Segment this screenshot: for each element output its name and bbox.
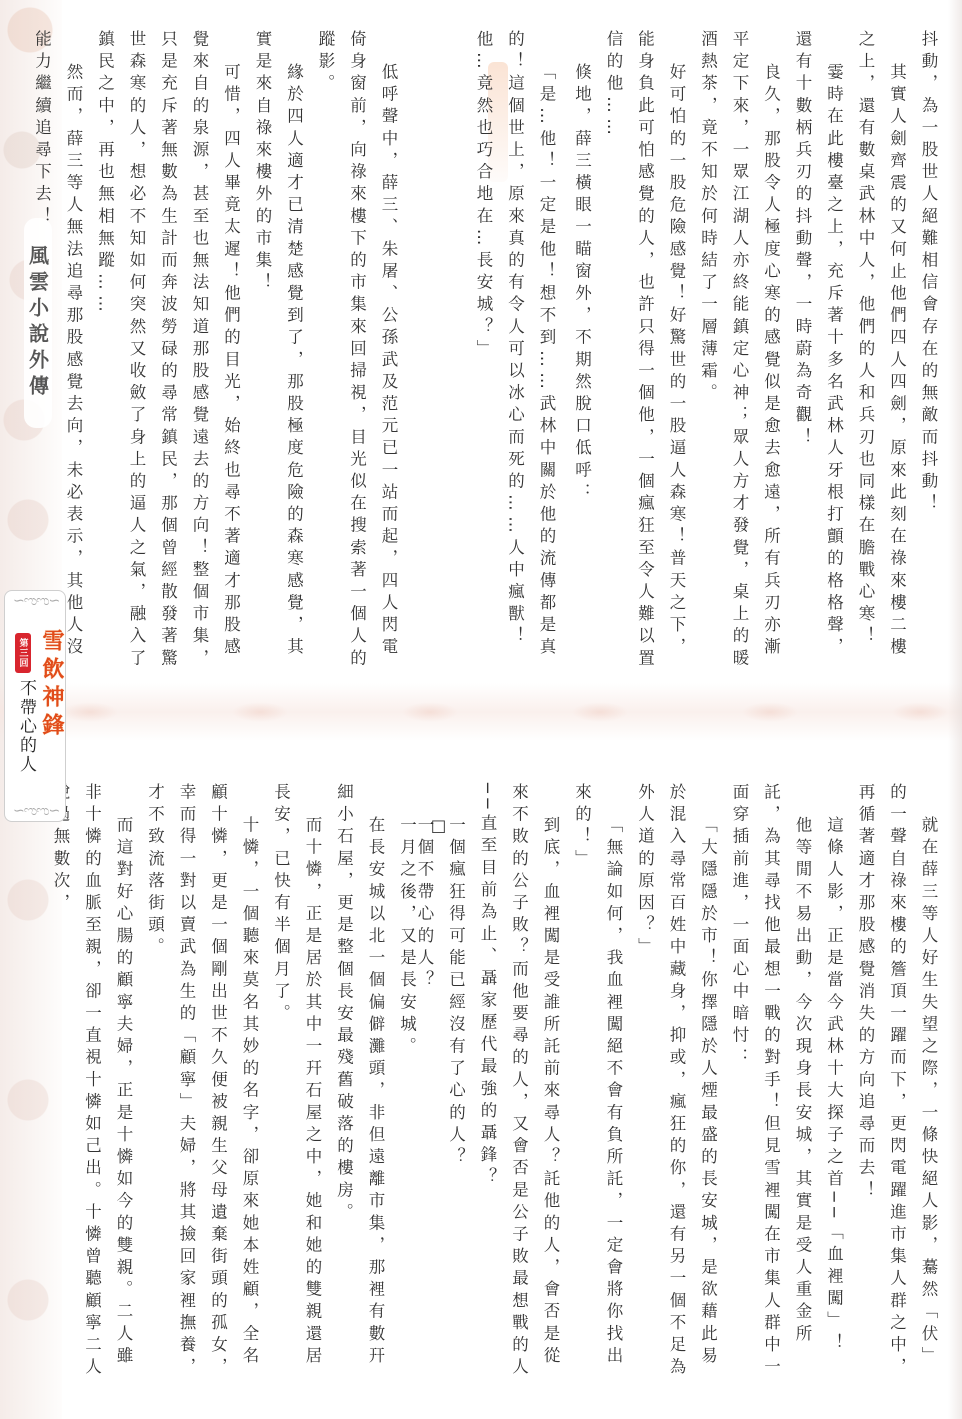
- paragraph: 他等閒不易出動，今次現身長安城，其實是受人重金所託，為其尋找他最想一戰的對手！但…: [724, 783, 819, 1383]
- section-marker: □: [423, 783, 455, 1383]
- paragraph: 好可怕的一股危險感覺！好驚世的一股逼人森寒！普天之下，能身負此可怕感覺的人，也許…: [598, 30, 693, 680]
- series-side-title: 風雲小說外傳: [24, 218, 52, 428]
- paragraph: 而十憐，正是居於其中一幵石屋之中，她和她的雙親還居長安，已快有半個月了。: [265, 783, 328, 1383]
- paragraph: 一月之後，又是長安城。: [391, 783, 423, 1383]
- lower-text-left: □ 一月之後，又是長安城。 在長安城以北一個偏僻灘頭，非但遠離市集，那裡有數幵細…: [64, 783, 454, 1383]
- paragraph: 在長安城以北一個偏僻灘頭，非但遠離市集，那裡有數幵細小石屋，更是整個長安最殘舊破…: [328, 783, 391, 1383]
- paragraph: 「是…他！一定是他！想不到……武林中關於他的流傳都是真的！這個世上，原來真的有令…: [468, 30, 563, 680]
- paragraph: 就在薛三等人好生失望之際，一條快絕人影，驀然「伏」的一聲自祿來樓的簷頂一躍而下，…: [850, 783, 945, 1383]
- ornament-bottom-icon: ∽ಌಌ∽: [13, 801, 57, 821]
- paragraph: 「大隱隱於市！你擇隱於人煙最盛的長安城，是欲藉此易於混入尋常百姓中藏身，抑或，瘋…: [629, 783, 724, 1383]
- middle-ornament-band: [0, 683, 962, 741]
- paragraph: 可惜，四人畢竟太遲！他們的目光，始終也尋不著適才那股感覺來自的泉源，甚至也無法知…: [89, 30, 247, 680]
- paragraph: 良久，那股令人極度心寒的感覺似是愈去愈遠，所有兵刃亦漸平定下來，一眾江湖人亦終能…: [692, 30, 787, 680]
- upper-text-right: 抖動，為一股世人絕難相信會存在的無敵而抖動！ 其實人劍齊震的又何止他們四人四劍，…: [582, 30, 944, 680]
- book-title: 雪飲神鋒: [37, 629, 68, 741]
- chapter-number-tag: 第三回: [15, 633, 31, 673]
- paragraph: 緣於四人適才已清楚感覺到了，那股極度危險的森寒感覺，其實是來自祿來樓外的市集！: [247, 30, 310, 680]
- ornament-top-icon: ∽ಌಌ∽: [13, 591, 57, 611]
- paragraph: 這條人影，正是當今武林十大探子之首──「血裡闖」！: [818, 783, 850, 1383]
- right-edge-shadow: [948, 0, 962, 1419]
- upper-text-left: 低呼聲中，薛三、朱屠、公孫武及范元已一站而起，四人閃電倚身窗前，向祿來樓下的市集…: [64, 30, 404, 680]
- paragraph: 倏地，薛三橫眼一瞄窗外，不期然脫口低呼：: [566, 30, 598, 680]
- chapter-name: 不帶心的人: [14, 679, 39, 774]
- paragraph: 到底，血裡闖是受誰所託前來尋人？託他的人，會否是從來不敗的公子敗？而他要尋的人，…: [472, 783, 567, 1383]
- paragraph: 其實人劍齊震的又何止他們四人四劍，原來此刻在祿來樓二樓之上，還有數桌武林中人，他…: [850, 30, 913, 680]
- paragraph: 霎時在此樓臺之上，充斥著十多名武林人牙根打顫的格格聲，還有十數柄兵刃的抖動聲，一…: [787, 30, 850, 680]
- paragraph: 低呼聲中，薛三、朱屠、公孫武及范元已一站而起，四人閃電倚身窗前，向祿來樓下的市集…: [310, 30, 405, 680]
- paragraph: 十憐，一個聽來莫名其妙的名字，卻原來她本姓顧，全名顧十憐，更是一個剛出世不久便被…: [139, 783, 265, 1383]
- paragraph: 「無論如何，我血裡闖絕不會有負所託，一定會將你找出來的！」: [566, 783, 629, 1383]
- lower-text-right: 就在薛三等人好生失望之際，一條快絕人影，驀然「伏」的一聲自祿來樓的簷頂一躍而下，…: [534, 783, 944, 1383]
- upper-text-middle: 「是…他！一定是他！想不到……武林中關於他的流傳都是真的！這個世上，原來真的有令…: [412, 30, 562, 680]
- paragraph: 而這對好心腸的顧寧夫婦，正是十憐如今的雙親。二人雖非十憐的血脈至親，卻一直視十憐…: [45, 783, 140, 1383]
- paragraph: 抖動，為一股世人絕難相信會存在的無敵而抖動！: [913, 30, 945, 680]
- chapter-badge: ∽ಌಌ∽ 第三回 雪飲神鋒 不帶心的人 ∽ಌಌ∽: [4, 590, 66, 822]
